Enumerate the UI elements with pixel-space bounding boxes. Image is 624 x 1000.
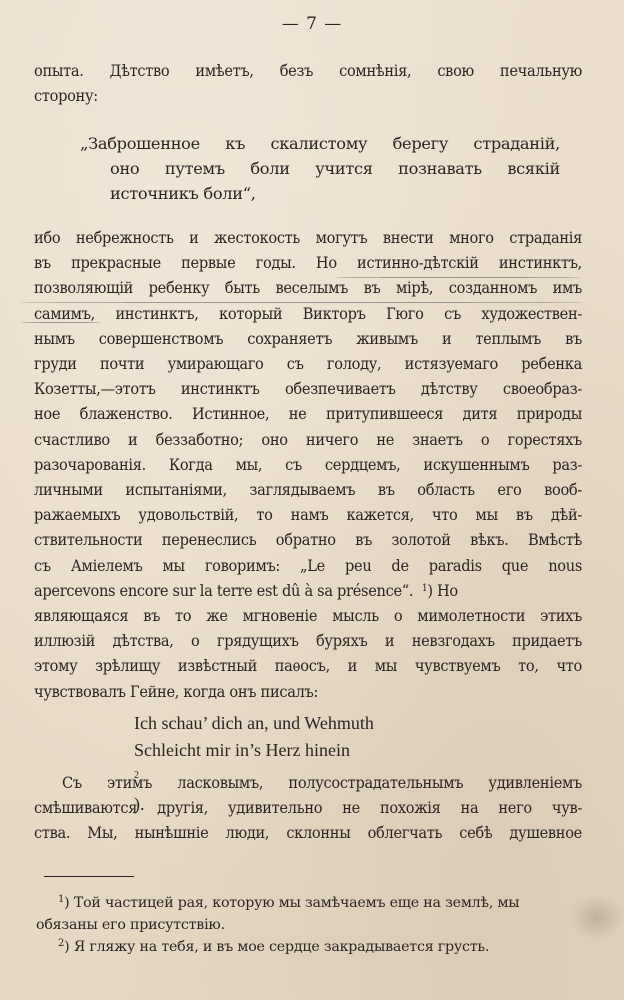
- paragraph-next: Съ этимъ ласковымъ, полусострадательнымъ…: [34, 770, 582, 846]
- quote-line: оно путемъ боли учится познавать всякій: [110, 156, 560, 181]
- text-line: ражаемыхъ удовольствій, то намъ кажется,…: [34, 502, 582, 527]
- book-page: — 7 — опыта. Дѣтство имѣетъ, безъ сомнѣн…: [0, 0, 624, 1000]
- text-line: являющаяся въ то же мгновеніе мысль о ми…: [34, 603, 582, 628]
- text-line: личными испытаніями, заглядываемъ въ обл…: [34, 477, 582, 502]
- footnotes: 1) Той частицей рая, которую мы замѣчаем…: [36, 892, 584, 958]
- text-line: въ прекрасные первые годы. Но истинно-дѣ…: [34, 250, 582, 275]
- text-line: самимъ, инстинктъ, который Викторъ Гюго …: [34, 301, 582, 326]
- text-line: позволяющій ребенку быть веселымъ въ мір…: [34, 275, 582, 300]
- footnote-2: 2) Я гляжу на тебя, и въ мое сердце закр…: [36, 936, 584, 958]
- text-line-with-footnote: apercevons encore sur la terre est dû à …: [34, 578, 582, 603]
- block-quote: „Заброшенное къ скалистому берегу страда…: [80, 131, 560, 206]
- quote-line: „Заброшенное къ скалистому берегу страда…: [80, 131, 560, 156]
- paragraph-continuation: опыта. Дѣтство имѣетъ, безъ сомнѣнія, св…: [34, 58, 582, 108]
- footnote-text: ) Я гляжу на тебя, и въ мое сердце закра…: [64, 939, 489, 955]
- text-line: Съ этимъ ласковымъ, полусострадательнымъ…: [34, 770, 582, 795]
- text-fragment: Schleicht mir in’s Herz hinein: [134, 737, 374, 764]
- text-line: смѣшиваются другія, удивительно не похож…: [34, 795, 582, 820]
- footnote-text: ) Той частицей рая, которую мы замѣчаемъ…: [64, 895, 519, 911]
- quote-line: источникъ боли“,: [110, 181, 560, 206]
- text-line: разочарованія. Когда мы, съ сердцемъ, ис…: [34, 452, 582, 477]
- text-line: опыта. Дѣтство имѣетъ, безъ сомнѣнія, св…: [34, 58, 582, 83]
- text-line: ства. Мы, нынѣшніе люди, склонны облегча…: [34, 820, 582, 845]
- pencil-underline: [335, 277, 580, 278]
- text-line: ибо небрежность и жестокость могутъ внес…: [34, 225, 582, 250]
- footnote-1: 1) Той частицей рая, которую мы замѣчаем…: [36, 892, 584, 914]
- footnote-1-continuation: обязаны его присутствію.: [36, 914, 584, 936]
- text-line: Козетты,—этотъ инстинктъ обезпечиваетъ д…: [34, 376, 582, 401]
- ink-smudge: [570, 895, 624, 940]
- text-fragment: ) Но: [427, 581, 458, 600]
- page-number: — 7 —: [0, 14, 624, 34]
- text-line: ствительности перенеслись обратно въ зол…: [34, 527, 582, 552]
- pencil-underline: [22, 302, 582, 303]
- text-line: ное блаженство. Истинное, не притупившее…: [34, 401, 582, 426]
- text-fragment: apercevons encore sur la terre est dû à …: [34, 581, 413, 600]
- text-line: съ Аміелемъ мы говоримъ: „Le peu de para…: [34, 553, 582, 578]
- text-line: чувствовалъ Гейне, когда онъ писалъ:: [34, 679, 582, 704]
- paragraph-main: ибо небрежность и жестокость могутъ внес…: [34, 225, 582, 704]
- text-line: счастливо и беззаботно; оно ничего не зн…: [34, 427, 582, 452]
- text-line: иллюзій дѣтства, о грядущихъ буряхъ и не…: [34, 628, 582, 653]
- text-line: груди почти умирающаго съ голоду, истязу…: [34, 351, 582, 376]
- text-line: этому зрѣлищу извѣстный паѳосъ, и мы чув…: [34, 653, 582, 678]
- verse-line: Ich schau’ dich an, und Wehmuth: [134, 710, 374, 737]
- pencil-underline: [22, 322, 100, 323]
- footnote-divider: [44, 876, 134, 877]
- text-line: нымъ совершенствомъ сохраняетъ живымъ и …: [34, 326, 582, 351]
- text-line: сторону:: [34, 83, 582, 108]
